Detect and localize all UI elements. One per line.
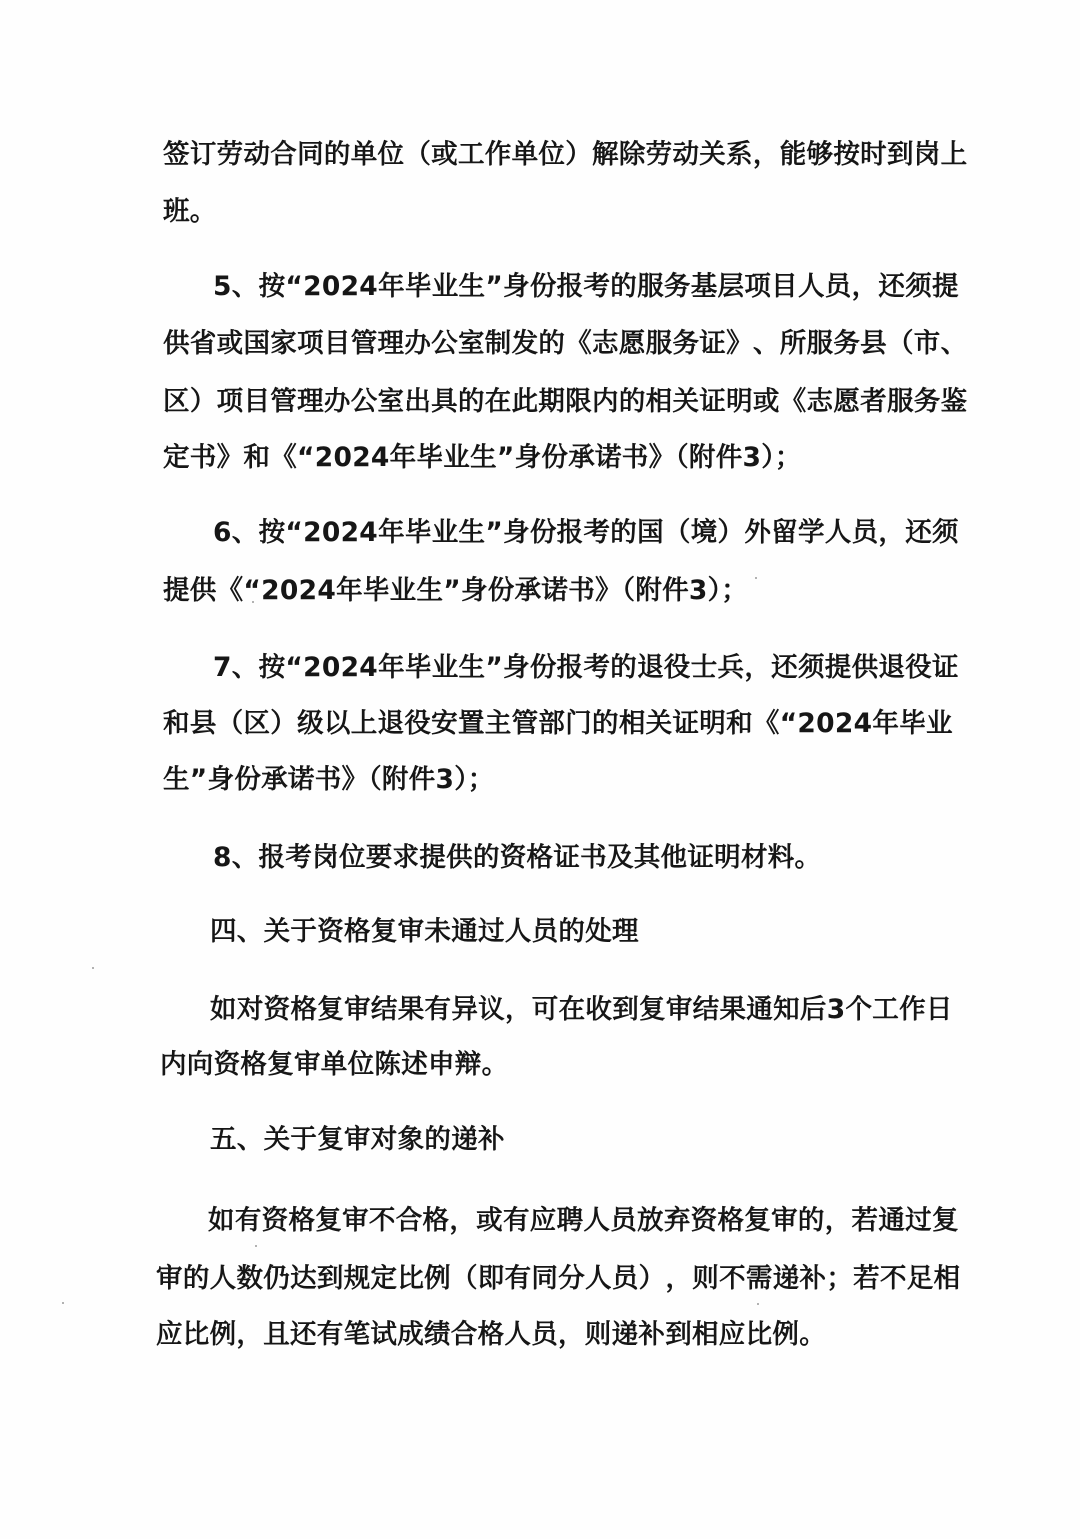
glyph: 出 xyxy=(404,385,431,419)
glyph: 、 xyxy=(232,270,259,304)
glyph: 不 xyxy=(369,1204,396,1238)
glyph: 人 xyxy=(825,516,852,550)
glyph: 规 xyxy=(344,1262,371,1296)
glyph: 按 xyxy=(259,651,286,685)
glyph: ； xyxy=(826,1262,853,1296)
glyph: 结 xyxy=(371,993,398,1027)
scan-speck xyxy=(92,967,94,969)
glyph: 区 xyxy=(243,707,270,741)
glyph: 解 xyxy=(592,138,619,172)
glyph: 还 xyxy=(771,651,798,685)
glyph: 的 xyxy=(592,707,619,741)
glyph: 员 xyxy=(852,516,879,550)
glyph: ） xyxy=(565,138,592,172)
glyph: 报 xyxy=(557,270,584,304)
glyph: 须 xyxy=(905,270,932,304)
glyph: 动 xyxy=(243,138,270,172)
glyph: 务 xyxy=(672,327,699,361)
section-heading-4: 四、关于资格复审未通过人员的处理 xyxy=(210,915,639,949)
glyph: 仍 xyxy=(263,1262,290,1296)
glyph: 员 xyxy=(825,270,852,304)
glyph: 或 xyxy=(217,327,244,361)
glyph: 年 xyxy=(378,270,405,304)
glyph: 具 xyxy=(431,385,458,419)
glyph: 补 xyxy=(800,1262,827,1296)
glyph: 关 xyxy=(672,385,699,419)
glyph: 弃 xyxy=(664,1204,691,1238)
glyph: 复 xyxy=(315,1204,342,1238)
glyph: 的 xyxy=(538,327,565,361)
glyph: 的 xyxy=(324,138,351,172)
glyph: 3 xyxy=(827,993,846,1027)
glyph: 位 xyxy=(378,138,405,172)
glyph: 管 xyxy=(512,707,539,741)
glyph: 目 xyxy=(771,270,798,304)
item-7-line: 和县（区）级以上退役安置主管部门的相关证明和《“2024年毕业 xyxy=(163,707,918,741)
glyph: 2024 xyxy=(303,516,378,550)
item-7-line: 7、按“2024年毕业生”身份报考的退役士兵，还须提供退役证 xyxy=(213,651,930,685)
glyph: 报 xyxy=(557,651,584,685)
glyph: 资 xyxy=(262,1204,289,1238)
glyph: ， xyxy=(505,993,532,1027)
glyph: 限 xyxy=(565,385,592,419)
glyph: 提 xyxy=(932,270,959,304)
glyph: 日 xyxy=(926,993,953,1027)
glyph: 劳 xyxy=(646,138,673,172)
glyph: 的 xyxy=(183,1262,210,1296)
glyph: 毕 xyxy=(405,270,432,304)
glyph: 门 xyxy=(565,707,592,741)
glyph: 管 xyxy=(351,327,378,361)
glyph: 格 xyxy=(423,1204,450,1238)
glyph: 所 xyxy=(780,327,807,361)
glyph: 年 xyxy=(378,651,405,685)
glyph: 岗 xyxy=(914,138,941,172)
glyph: 室 xyxy=(458,327,485,361)
glyph: 格 xyxy=(288,1204,315,1238)
glyph: 达 xyxy=(290,1262,317,1296)
glyph: 在 xyxy=(485,385,512,419)
glyph: 相 xyxy=(646,385,673,419)
glyph: 退 xyxy=(878,651,905,685)
glyph: 境 xyxy=(691,516,718,550)
glyph: 有 xyxy=(503,1204,530,1238)
glyph: 明 xyxy=(699,707,726,741)
glyph: 除 xyxy=(619,138,646,172)
glyph: 到 xyxy=(317,1262,344,1296)
glyph: 到 xyxy=(887,138,914,172)
glyph: 志 xyxy=(592,327,619,361)
glyph: 役 xyxy=(905,651,932,685)
glyph: 或 xyxy=(753,385,780,419)
glyph: 业 xyxy=(432,516,459,550)
glyph: 后 xyxy=(800,993,827,1027)
glyph: 上 xyxy=(941,138,968,172)
glyph: 证 xyxy=(932,651,959,685)
glyph: 服 xyxy=(646,327,673,361)
glyph: 年 xyxy=(378,516,405,550)
glyph: 结 xyxy=(693,993,720,1027)
glyph: 业 xyxy=(926,707,953,741)
glyph: 项 xyxy=(744,270,771,304)
glyph: 供 xyxy=(163,327,190,361)
glyph: 关 xyxy=(646,707,673,741)
glyph: 系 xyxy=(726,138,753,172)
glyph: ” xyxy=(485,651,503,685)
glyph: 格 xyxy=(290,993,317,1027)
glyph: 审 xyxy=(156,1262,183,1296)
scan-speck xyxy=(252,601,254,603)
glyph: 的 xyxy=(610,270,637,304)
document-page: 签订劳动合同的单位（或工作单位）解除劳动关系，能够按时到岗上 班。 5、按“20… xyxy=(0,0,1080,1539)
glyph: 考 xyxy=(583,516,610,550)
glyph: （ xyxy=(887,327,914,361)
glyph: 需 xyxy=(746,1262,773,1296)
section-5-paragraph-line: 应比例，且还有笔试成绩合格人员，则递补到相应比例。 xyxy=(156,1318,826,1352)
glyph: 议 xyxy=(478,993,505,1027)
glyph: 目 xyxy=(243,385,270,419)
glyph: 果 xyxy=(719,993,746,1027)
glyph: 的 xyxy=(619,385,646,419)
glyph: 证 xyxy=(699,327,726,361)
glyph: 办 xyxy=(404,327,431,361)
glyph: 留 xyxy=(771,516,798,550)
glyph: 退 xyxy=(378,707,405,741)
glyph: “ xyxy=(285,270,303,304)
glyph: 果 xyxy=(398,993,425,1027)
glyph: 异 xyxy=(451,993,478,1027)
glyph: 时 xyxy=(860,138,887,172)
glyph: 《 xyxy=(753,707,780,741)
glyph: 签 xyxy=(163,138,190,172)
glyph: 、 xyxy=(232,516,259,550)
glyph: 通 xyxy=(878,1204,905,1238)
glyph: 例 xyxy=(424,1262,451,1296)
glyph: 相 xyxy=(619,707,646,741)
glyph: 复 xyxy=(639,993,666,1027)
glyph: 人 xyxy=(583,1204,610,1238)
glyph: 基 xyxy=(691,270,718,304)
text-line: 班。 xyxy=(163,195,217,229)
glyph: 还 xyxy=(878,270,905,304)
glyph: 数 xyxy=(236,1262,263,1296)
glyph: （ xyxy=(451,1262,478,1296)
glyph: 毕 xyxy=(405,516,432,550)
glyph: 目 xyxy=(324,327,351,361)
glyph: ） xyxy=(639,1262,666,1296)
glyph: 和 xyxy=(163,707,190,741)
glyph: 期 xyxy=(538,385,565,419)
item-5-line: 定书》和《“2024年毕业生”身份承诺书》（附件3）； xyxy=(163,441,802,475)
glyph: 证 xyxy=(699,385,726,419)
glyph: 的 xyxy=(798,1204,825,1238)
glyph: 工 xyxy=(458,138,485,172)
glyph: 的 xyxy=(610,516,637,550)
glyph: 役 xyxy=(664,651,691,685)
glyph: 工 xyxy=(872,993,899,1027)
glyph: 6 xyxy=(213,516,232,550)
glyph: 业 xyxy=(432,651,459,685)
item-5-line: 5、按“2024年毕业生”身份报考的服务基层项目人员，还须提 xyxy=(213,270,930,304)
scan-speck xyxy=(757,1303,759,1305)
glyph: 生 xyxy=(459,651,486,685)
glyph: 愿 xyxy=(619,327,646,361)
glyph: 人 xyxy=(210,1262,237,1296)
glyph: 家 xyxy=(270,327,297,361)
glyph: ， xyxy=(825,1204,852,1238)
scan-speck xyxy=(755,577,757,579)
glyph: 《 xyxy=(780,385,807,419)
glyph: 个 xyxy=(845,993,872,1027)
glyph: 合 xyxy=(270,138,297,172)
glyph: 即 xyxy=(478,1262,505,1296)
glyph: 考 xyxy=(583,270,610,304)
glyph: 的 xyxy=(458,385,485,419)
glyph: 服 xyxy=(887,385,914,419)
item-6-line: 6、按“2024年毕业生”身份报考的国（境）外留学人员，还须 xyxy=(213,516,930,550)
item-5-line: 区）项目管理办公室出具的在此期限内的相关证明或《志愿者服务鉴 xyxy=(163,385,930,419)
glyph: 若 xyxy=(853,1262,880,1296)
glyph: 资 xyxy=(264,993,291,1027)
glyph: 同 xyxy=(297,138,324,172)
glyph: 务 xyxy=(833,327,860,361)
glyph: 理 xyxy=(378,327,405,361)
glyph: 放 xyxy=(637,1204,664,1238)
glyph: 或 xyxy=(476,1204,503,1238)
glyph: 不 xyxy=(719,1262,746,1296)
glyph: 、 xyxy=(941,327,968,361)
glyph: 若 xyxy=(852,1204,879,1238)
glyph: 》 xyxy=(726,327,753,361)
section-5-paragraph-line: 如有资格复审不合格，或有应聘人员放弃资格复审的，若通过复 xyxy=(208,1204,922,1238)
glyph: 部 xyxy=(538,707,565,741)
glyph: 递 xyxy=(773,1262,800,1296)
glyph: 订 xyxy=(190,138,217,172)
glyph: 业 xyxy=(432,270,459,304)
glyph: 此 xyxy=(512,385,539,419)
glyph: 身 xyxy=(503,651,530,685)
glyph: 证 xyxy=(672,707,699,741)
item-6-line: 提供《“2024年毕业生”身份承诺书》（附件3）； xyxy=(163,574,748,608)
glyph: 县 xyxy=(190,707,217,741)
glyph: 须 xyxy=(798,651,825,685)
glyph: 市 xyxy=(914,327,941,361)
glyph: 鉴 xyxy=(941,385,968,419)
glyph: 国 xyxy=(637,516,664,550)
glyph: 《 xyxy=(565,327,592,361)
glyph: 、 xyxy=(232,651,259,685)
glyph: 对 xyxy=(237,993,264,1027)
glyph: 应 xyxy=(530,1204,557,1238)
glyph: ， xyxy=(852,270,879,304)
glyph: 份 xyxy=(530,270,557,304)
glyph: 须 xyxy=(932,516,959,550)
glyph: 复 xyxy=(744,1204,771,1238)
glyph: 室 xyxy=(378,385,405,419)
glyph: 公 xyxy=(351,385,378,419)
glyph: ” xyxy=(485,516,503,550)
glyph: ” xyxy=(485,270,503,304)
glyph: 士 xyxy=(691,651,718,685)
glyph: 退 xyxy=(637,651,664,685)
glyph: 报 xyxy=(557,516,584,550)
glyph: 提 xyxy=(825,651,852,685)
glyph: 毕 xyxy=(405,651,432,685)
glyph: 供 xyxy=(852,651,879,685)
glyph: 务 xyxy=(914,385,941,419)
glyph: 如 xyxy=(210,993,237,1027)
glyph: 层 xyxy=(718,270,745,304)
glyph: 安 xyxy=(431,707,458,741)
glyph: 可 xyxy=(532,993,559,1027)
glyph: 资 xyxy=(691,1204,718,1238)
glyph: ） xyxy=(270,707,297,741)
glyph: 作 xyxy=(485,138,512,172)
glyph: ， xyxy=(744,651,771,685)
glyph: 劳 xyxy=(217,138,244,172)
glyph: “ xyxy=(780,707,798,741)
glyph: 2024 xyxy=(303,270,378,304)
glyph: 份 xyxy=(530,516,557,550)
glyph: 5 xyxy=(213,270,232,304)
glyph: 分 xyxy=(558,1262,585,1296)
glyph: 还 xyxy=(905,516,932,550)
section-4-paragraph-line: 内向资格复审单位陈述申辩。 xyxy=(160,1048,508,1082)
glyph: （ xyxy=(404,138,431,172)
glyph: 合 xyxy=(396,1204,423,1238)
glyph: 不 xyxy=(880,1262,907,1296)
glyph: 则 xyxy=(692,1262,719,1296)
glyph: ） xyxy=(718,516,745,550)
glyph: 管 xyxy=(270,385,297,419)
glyph: 到 xyxy=(612,993,639,1027)
glyph: 兵 xyxy=(718,651,745,685)
glyph: 和 xyxy=(726,707,753,741)
glyph: 按 xyxy=(259,270,286,304)
glyph: 主 xyxy=(485,707,512,741)
glyph: 、 xyxy=(753,327,780,361)
glyph: 人 xyxy=(585,1262,612,1296)
item-8-line: 8、报考岗位要求提供的资格证书及其他证明材料。 xyxy=(213,841,821,875)
glyph: 位 xyxy=(538,138,565,172)
glyph: （ xyxy=(217,707,244,741)
glyph: 单 xyxy=(351,138,378,172)
glyph: 上 xyxy=(351,707,378,741)
glyph: 内 xyxy=(592,385,619,419)
glyph: 审 xyxy=(666,993,693,1027)
glyph: 有 xyxy=(505,1262,532,1296)
glyph: 生 xyxy=(459,270,486,304)
glyph: 者 xyxy=(860,385,887,419)
glyph: 服 xyxy=(637,270,664,304)
glyph: 审 xyxy=(344,993,371,1027)
glyph: ） xyxy=(190,385,217,419)
glyph: 年 xyxy=(872,707,899,741)
glyph: 务 xyxy=(664,270,691,304)
glyph: 人 xyxy=(798,270,825,304)
glyph: 项 xyxy=(217,385,244,419)
glyph: 2024 xyxy=(303,651,378,685)
glyph: 志 xyxy=(807,385,834,419)
glyph: 作 xyxy=(899,993,926,1027)
glyph: 在 xyxy=(559,993,586,1027)
glyph: 复 xyxy=(932,1204,959,1238)
glyph: ， xyxy=(665,1262,692,1296)
glyph: 考 xyxy=(583,651,610,685)
glyph: “ xyxy=(285,651,303,685)
glyph: 级 xyxy=(297,707,324,741)
glyph: 2024 xyxy=(797,707,872,741)
text-line: 签订劳动合同的单位（或工作单位）解除劳动关系，能够按时到岗上 xyxy=(163,138,930,172)
glyph: 够 xyxy=(807,138,834,172)
glyph: 知 xyxy=(773,993,800,1027)
section-5-paragraph-line: 审的人数仍达到规定比例（即有同分人员），则不需递补；若不足相 xyxy=(156,1262,922,1296)
glyph: 项 xyxy=(297,327,324,361)
glyph: 复 xyxy=(317,993,344,1027)
scan-speck xyxy=(62,1302,64,1304)
glyph: ， xyxy=(878,516,905,550)
glyph: 或 xyxy=(431,138,458,172)
glyph: 办 xyxy=(324,385,351,419)
glyph: 的 xyxy=(610,651,637,685)
glyph: 能 xyxy=(780,138,807,172)
glyph: 外 xyxy=(744,516,771,550)
glyph: 发 xyxy=(512,327,539,361)
glyph: 7 xyxy=(213,651,232,685)
section-4-paragraph-line: 如对资格复审结果有异议，可在收到复审结果通知后3个工作日 xyxy=(210,993,922,1027)
glyph: ， xyxy=(753,138,780,172)
glyph: 相 xyxy=(934,1262,961,1296)
glyph: 以 xyxy=(324,707,351,741)
glyph: 役 xyxy=(404,707,431,741)
glyph: 单 xyxy=(512,138,539,172)
scan-speck xyxy=(255,1245,257,1247)
glyph: 过 xyxy=(905,1204,932,1238)
glyph: 聘 xyxy=(557,1204,584,1238)
glyph: 员 xyxy=(612,1262,639,1296)
glyph: 份 xyxy=(530,651,557,685)
glyph: “ xyxy=(285,516,303,550)
glyph: 置 xyxy=(458,707,485,741)
glyph: 毕 xyxy=(899,707,926,741)
glyph: 公 xyxy=(431,327,458,361)
glyph: 按 xyxy=(833,138,860,172)
glyph: 员 xyxy=(610,1204,637,1238)
glyph: 身 xyxy=(503,270,530,304)
glyph: ， xyxy=(449,1204,476,1238)
section-heading-5: 五、关于复审对象的递补 xyxy=(210,1123,505,1157)
glyph: 国 xyxy=(243,327,270,361)
glyph: 生 xyxy=(459,516,486,550)
glyph: 定 xyxy=(371,1262,398,1296)
glyph: 有 xyxy=(425,993,452,1027)
glyph: 格 xyxy=(717,1204,744,1238)
glyph: 县 xyxy=(860,327,887,361)
glyph: 区 xyxy=(163,385,190,419)
glyph: 制 xyxy=(485,327,512,361)
glyph: 按 xyxy=(259,516,286,550)
glyph: （ xyxy=(664,516,691,550)
glyph: 足 xyxy=(907,1262,934,1296)
item-7-line: 生”身份承诺书》（附件3）； xyxy=(163,763,495,797)
glyph: 身 xyxy=(503,516,530,550)
glyph: 学 xyxy=(798,516,825,550)
glyph: 比 xyxy=(397,1262,424,1296)
item-5-line: 供省或国家项目管理办公室制发的《志愿服务证》、所服务县（市、 xyxy=(163,327,930,361)
glyph: 理 xyxy=(297,385,324,419)
glyph: 关 xyxy=(699,138,726,172)
glyph: 服 xyxy=(807,327,834,361)
